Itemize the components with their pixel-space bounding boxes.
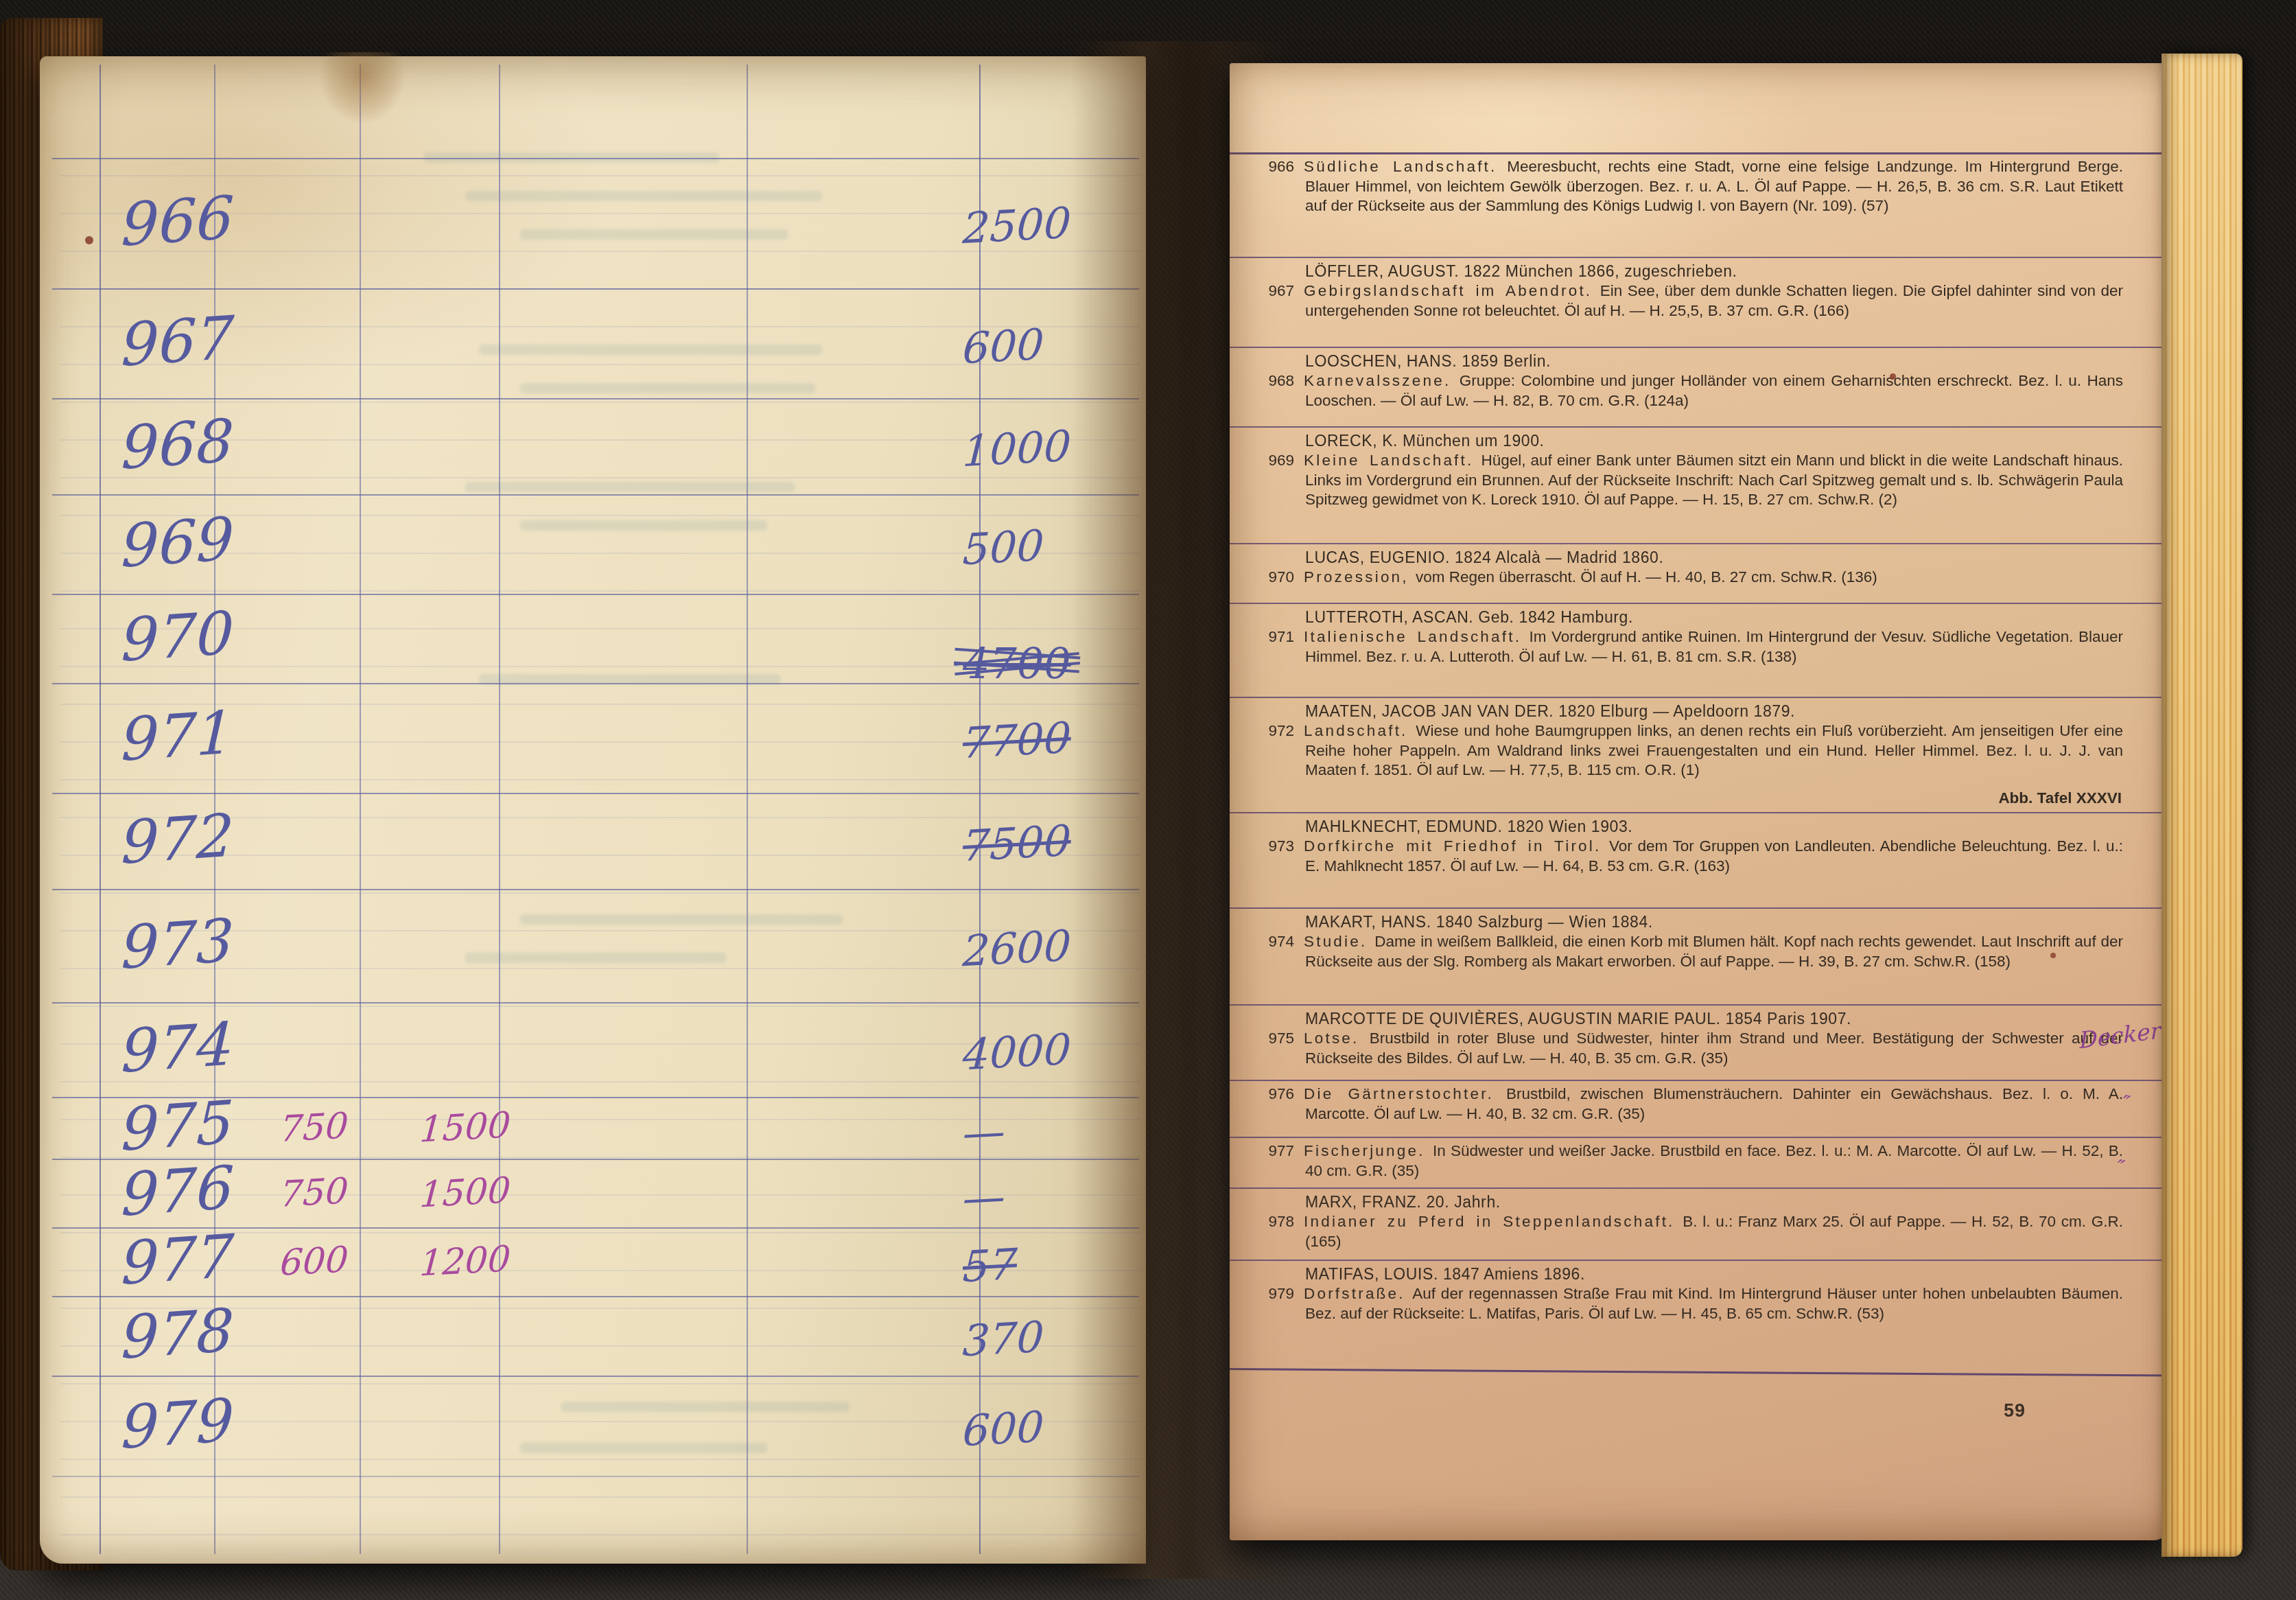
entry-number: 975 [1257,1029,1294,1049]
entry-title: Italienische Landschaft. [1304,628,1521,645]
catalog-entry: 966Südliche Landschaft. Meeresbucht, rec… [1257,157,2123,216]
entry-separator-rule [1230,812,2171,813]
entry-number: 974 [1257,932,1294,952]
entry-number: 973 [1257,837,1294,857]
ledger-value-2: 1200 [385,1237,546,1286]
artist-header: LOOSCHEN, HANS. 1859 Berlin. [1305,351,2123,371]
entry-number: 966 [1257,157,1294,177]
entry-number: 967 [1257,281,1294,301]
entry-text: Brustbild in roter Bluse und Südwester, … [1305,1030,2123,1067]
entry-text: Dame in weißem Ballkleid, die einen Korb… [1305,933,2123,970]
artist-header: MARCOTTE DE QUIVIÈRES, AUGUSTIN MARIE PA… [1305,1009,2123,1028]
paper-spot [2050,953,2056,958]
ledger-price: 7700 [961,708,1162,768]
entry-title: Die Gärtnerstochter. [1304,1085,1494,1102]
ledger-value-1: 750 [244,1169,384,1218]
entry-title: Lotse. [1304,1030,1359,1047]
page-number: 59 [2004,1400,2026,1422]
entry-separator-rule [1230,907,2171,909]
artist-header: LÖFFLER, AUGUST. 1822 München 1866, zuge… [1305,262,2123,281]
entry-title: Landschaft. [1304,722,1408,739]
ledger-entry-number: 970 [105,597,251,676]
ledger-value-1: 750 [244,1104,384,1152]
catalog-entry: 969Kleine Landschaft. Hügel, auf einer B… [1257,451,2123,510]
entry-separator-rule [1230,1137,2171,1138]
catalog-block: 977Fischerjunge. In Südwester und weißer… [1257,1141,2123,1185]
entry-number: 977 [1257,1141,1294,1161]
ledger-value-2: 1500 [385,1168,546,1218]
catalog-block: LUCAS, EUGENIO. 1824 Alcalà — Madrid 186… [1257,548,2123,600]
artist-header: LUCAS, EUGENIO. 1824 Alcalà — Madrid 186… [1305,548,2123,567]
catalog-entry: 975Lotse. Brustbild in roter Bluse und S… [1257,1029,2123,1068]
entry-number: 972 [1257,721,1294,741]
ledger-price: 600 [961,1395,1162,1456]
entry-title: Karnevalsszene. [1304,372,1451,389]
entry-separator-rule [1230,1187,2171,1189]
entry-number: 970 [1257,568,1294,588]
catalog-block: LÖFFLER, AUGUST. 1822 München 1866, zuge… [1257,262,2123,344]
ledger-price: 500 [961,513,1162,574]
ledger-entry-number: 968 [105,405,251,484]
ledger-entry-number: 966 [105,182,251,261]
catalog-entry: 974Studie. Dame in weißem Ballkleid, die… [1257,932,2123,971]
ledger-row: 9757501500— [40,1097,1146,1159]
ledger-value-2: 1500 [385,1103,546,1152]
catalog-entry: 973Dorfkirche mit Friedhof in Tirol. Vor… [1257,837,2123,876]
artist-header: MARX, FRANZ. 20. Jahrh. [1305,1192,2123,1211]
ledger-price: 4700 [963,638,1071,688]
entry-title: Dorfkirche mit Friedhof in Tirol. [1304,837,1601,855]
ledger-row: 9662500 [40,158,1146,288]
ledger-row: 979600 [40,1376,1146,1476]
entry-separator-rule [1230,603,2171,604]
entry-title: Gebirgslandschaft im Abendrot. [1304,282,1592,299]
artist-header: LORECK, K. München um 1900. [1305,431,2123,450]
entry-text: Auf der regennassen Straße Frau mit Kind… [1305,1285,2123,1322]
entry-title: Fischerjunge. [1304,1142,1425,1159]
ledger-price: — [961,1163,1162,1223]
ledger-row: 9767501500— [40,1159,1146,1227]
ledger-row: 978370 [40,1296,1146,1376]
paper-spot [1890,373,1896,380]
ledger-row: 977600120057 [40,1227,1146,1296]
catalog-block: MAATEN, JACOB JAN VAN DER. 1820 Elburg —… [1257,702,2123,809]
entry-separator-rule [1230,1080,2171,1081]
ledger-row: 9717700 [40,683,1146,793]
entry-separator-rule [1230,1260,2171,1261]
catalog-block: 976Die Gärtnerstochter. Brustbild, zwisc… [1257,1085,2123,1134]
artist-header: MAHLKNECHT, EDMUND. 1820 Wien 1903. [1305,817,2123,836]
ledger-row: 9681000 [40,398,1146,494]
entry-title: Südliche Landschaft. [1304,158,1497,175]
artist-header: MAATEN, JACOB JAN VAN DER. 1820 Elburg —… [1305,702,2123,721]
ledger-value-1: 600 [244,1238,384,1286]
catalog-entry: 967Gebirgslandschaft im Abendrot. Ein Se… [1257,281,2123,321]
catalog-block: MARX, FRANZ. 20. Jahrh.978Indianer zu Pf… [1257,1192,2123,1257]
entry-separator-rule [1230,257,2171,258]
catalog-entry: 976Die Gärtnerstochter. Brustbild, zwisc… [1257,1085,2123,1124]
ledger-entry-number: 979 [105,1384,251,1463]
entry-text: Wiese und hohe Baumgruppen links, an den… [1305,722,2123,778]
entry-text: In Südwester und weißer Jacke. Brustbild… [1305,1142,2123,1179]
entry-title: Dorfstraße. [1304,1285,1405,1302]
book-scan: { "colors": { "paper_left": "#ece0c0", "… [0,0,2296,1600]
ledger-row: 9727500 [40,793,1146,889]
entry-title: Prozession, [1304,568,1409,585]
ledger-entry-number: 967 [105,302,251,381]
ledger-page: 9662500967600968100096950097047009717700… [40,56,1146,1564]
entry-separator-rule [1230,426,2171,428]
entry-number: 978 [1257,1212,1294,1232]
ledger-price: 4000 [961,1019,1162,1080]
catalog-block: MAKART, HANS. 1840 Salzburg — Wien 1884.… [1257,912,2123,1001]
book-fore-edge [2162,54,2242,1557]
ledger-entry-number: 969 [105,503,251,582]
ledger-price: 57 [961,1231,1162,1292]
catalog-entry: 978Indianer zu Pferd in Steppenlandschaf… [1257,1212,2123,1251]
entry-number: 976 [1257,1085,1294,1104]
ledger-price: 370 [961,1306,1162,1366]
entry-number: 968 [1257,371,1294,391]
catalog-entry: 970Prozession, vom Regen überrascht. Öl … [1257,568,2123,588]
ledger-entry-number: 971 [105,697,251,776]
catalog-block: LOOSCHEN, HANS. 1859 Berlin.968Karnevals… [1257,351,2123,424]
entry-text: vom Regen überrascht. Öl auf H. — H. 40,… [1416,568,1877,585]
entry-number: 979 [1257,1284,1294,1304]
catalog-page: 966Südliche Landschaft. Meeresbucht, rec… [1230,63,2171,1540]
artist-header: MAKART, HANS. 1840 Salzburg — Wien 1884. [1305,912,2123,931]
catalog-block: 966Südliche Landschaft. Meeresbucht, rec… [1257,157,2123,254]
ledger-entry-number: 972 [105,800,251,879]
entry-title: Indianer zu Pferd in Steppenlandschaft. [1304,1213,1675,1230]
catalog-entry: 979Dorfstraße. Auf der regennassen Straß… [1257,1284,2123,1323]
ledger-entry-number: 974 [105,1008,251,1087]
ledger-price: 1000 [961,416,1162,476]
catalog-entry: 971Italienische Landschaft. Im Vordergru… [1257,627,2123,666]
entry-separator-rule [1230,697,2171,698]
catalog-block: MATIFAS, LOUIS. 1847 Amiens 1896.979Dorf… [1257,1264,2123,1365]
ledger-row: 967600 [40,288,1146,398]
catalog-block: MARCOTTE DE QUIVIÈRES, AUGUSTIN MARIE PA… [1257,1009,2123,1077]
entry-number: 971 [1257,627,1294,647]
ledger-price: 2600 [961,915,1162,975]
ledger-price: 2500 [961,193,1162,253]
entry-title: Kleine Landschaft. [1304,452,1473,469]
ledger-entry-number: 978 [105,1295,251,1373]
ledger-entry-number: 977 [105,1220,251,1299]
entry-separator-rule [1230,1004,2171,1006]
ledger-entry-number: 973 [105,905,251,984]
catalog-entry: 968Karnevalsszene. Gruppe: Colombine und… [1257,371,2123,410]
ink-dot [85,236,93,244]
entry-number: 969 [1257,451,1294,471]
artist-header: MATIFAS, LOUIS. 1847 Amiens 1896. [1305,1264,2123,1284]
ledger-row: 9744000 [40,1002,1146,1097]
catalog-block: MAHLKNECHT, EDMUND. 1820 Wien 1903.973Do… [1257,817,2123,905]
entry-title: Studie. [1304,933,1367,950]
catalog-block: LUTTEROTH, ASCAN. Geb. 1842 Hamburg.971I… [1257,607,2123,694]
ledger-entry-number: 976 [105,1152,251,1231]
entry-separator-rule [1230,152,2171,154]
catalog-entry: 977Fischerjunge. In Südwester und weißer… [1257,1141,2123,1181]
catalog-entry: 972Landschaft. Wiese und hohe Baumgruppe… [1257,721,2123,780]
ledger-price: 600 [961,313,1162,373]
ledger-row: 9704700 [40,594,1146,683]
plate-note: Abb. Tafel XXXVI [1998,789,2122,807]
artist-header: LUTTEROTH, ASCAN. Geb. 1842 Hamburg. [1305,607,2123,627]
ledger-row: 9732600 [40,889,1146,1002]
catalog-block: LORECK, K. München um 1900.969Kleine Lan… [1257,431,2123,540]
entry-separator-rule [1230,347,2171,348]
row-line [52,1476,1139,1477]
ledger-price: 7500 [961,811,1162,871]
entry-separator-rule [1230,1368,2171,1377]
ledger-price: — [961,1098,1162,1158]
ledger-row: 969500 [40,494,1146,594]
entry-separator-rule [1230,543,2171,544]
